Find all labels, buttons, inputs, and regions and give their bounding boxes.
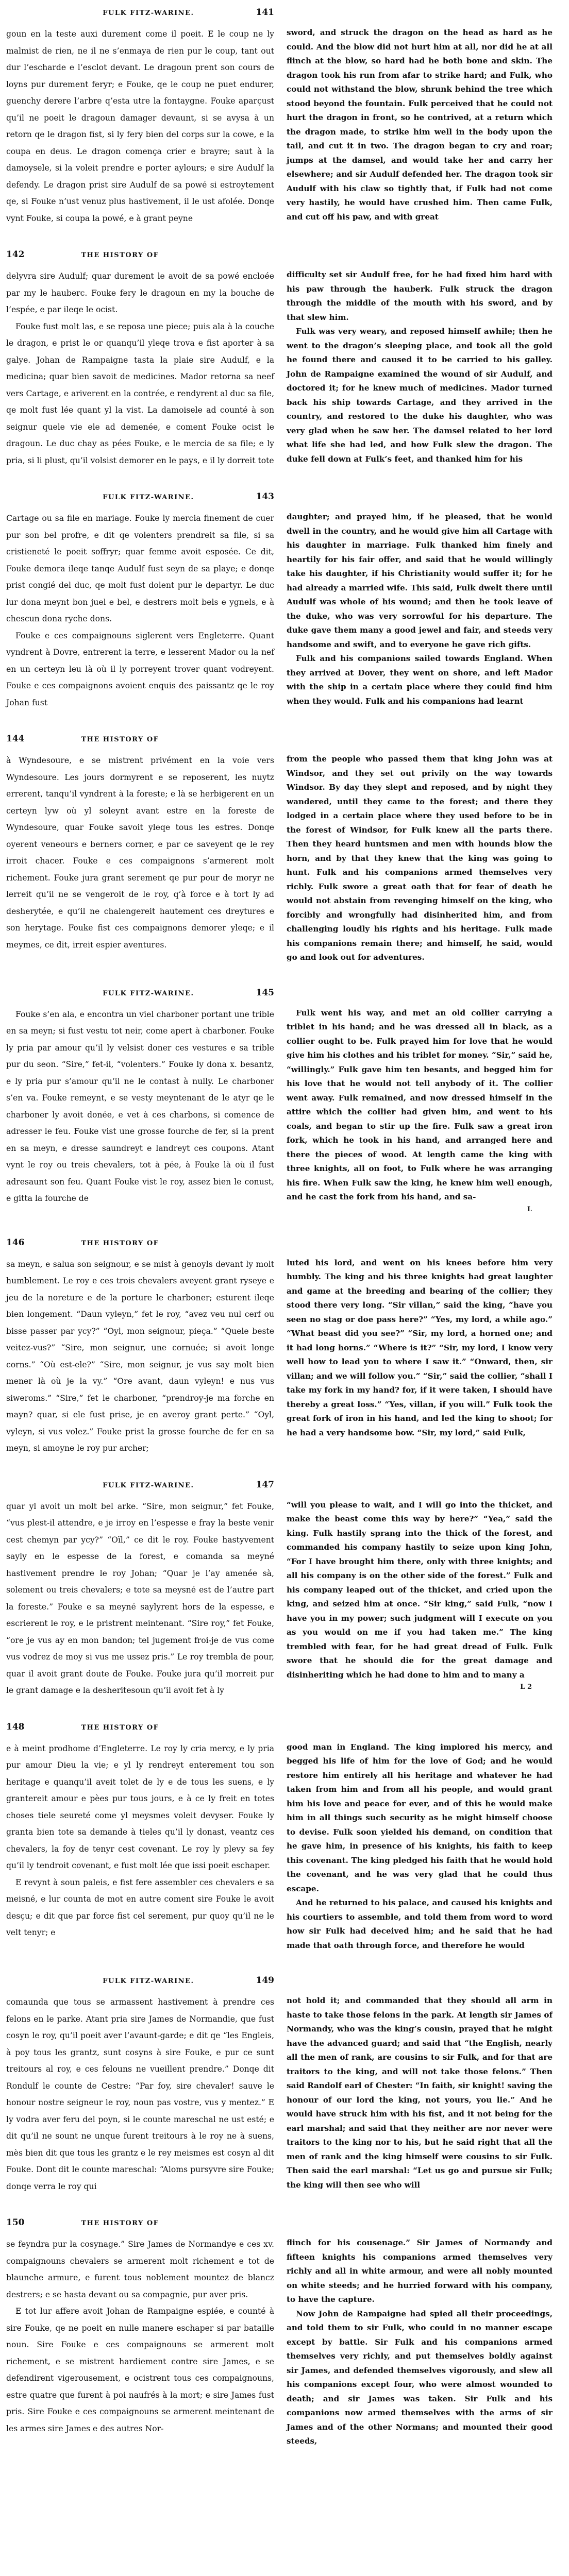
french-paragraph: Fouke e ces compaignouns siglerent vers … bbox=[6, 628, 274, 711]
running-head: FULK FITZ-WARINE. 149 bbox=[6, 1968, 274, 1994]
french-paragraph: goun en la teste auxi durement come il p… bbox=[6, 26, 274, 227]
signature-mark: L 2 bbox=[287, 1682, 553, 1692]
french-paragraph: à Wyndesoure, e se mistrent privément en… bbox=[6, 752, 274, 953]
page-gap bbox=[0, 2449, 569, 2464]
english-column: luted his lord, and went on his knees be… bbox=[274, 1230, 553, 1440]
french-paragraph: E revynt à soun paleis, e fist fere asse… bbox=[6, 1874, 274, 1941]
signature-mark: L bbox=[287, 1205, 553, 1215]
french-column: 150 THE HISTORY OF se feyndra pur la cos… bbox=[0, 2210, 274, 2437]
french-paragraph: se feyndra pur la cosynage.” Sire James … bbox=[6, 2236, 274, 2303]
page-gap bbox=[0, 1215, 569, 1230]
english-paragraph: daughter; and prayed him, if he pleased,… bbox=[287, 510, 553, 652]
running-head: 150 THE HISTORY OF bbox=[6, 2210, 274, 2236]
french-paragraph: e à meint prodhome d’Engleterre. Le roy … bbox=[6, 1740, 274, 1874]
running-head: FULK FITZ-WARINE. 143 bbox=[6, 484, 274, 510]
page-149: FULK FITZ-WARINE. 149 comaunda que tous … bbox=[0, 1968, 569, 2195]
english-paragraph: good man in England. The king implored h… bbox=[287, 1740, 553, 1896]
french-paragraph: Fouke fust molt las, e se reposa une pie… bbox=[6, 318, 274, 469]
english-paragraph: difficulty set sir Audulf free, for he h… bbox=[287, 268, 553, 325]
english-column: flinch for his cousenage.” Sir James of … bbox=[274, 2210, 553, 2449]
english-column: “will you please to wait, and I will go … bbox=[274, 1472, 553, 1693]
english-column: from the people who passed them that kin… bbox=[274, 726, 553, 965]
english-paragraph: Fulk went his way, and met an old collie… bbox=[287, 1006, 553, 1205]
page-number: 146 bbox=[6, 1238, 25, 1248]
page-gap bbox=[0, 1953, 569, 1968]
running-head-title: THE HISTORY OF bbox=[81, 736, 159, 743]
page-142: 142 THE HISTORY OF delyvra sire Audulf; … bbox=[0, 242, 569, 469]
running-head-title: FULK FITZ-WARINE. bbox=[103, 494, 194, 501]
english-column: good man in England. The king implored h… bbox=[274, 1715, 553, 1953]
running-head-title: FULK FITZ-WARINE. bbox=[103, 1977, 194, 1985]
french-column: FULK FITZ-WARINE. 145 Fouke s’en ala, e … bbox=[0, 980, 274, 1207]
french-column: FULK FITZ-WARINE. 141 goun en la teste a… bbox=[0, 0, 274, 227]
french-column: 144 THE HISTORY OF à Wyndesoure, e se mi… bbox=[0, 726, 274, 953]
english-paragraph: not hold it; and commanded that they sho… bbox=[287, 1994, 553, 2192]
french-column: FULK FITZ-WARINE. 149 comaunda que tous … bbox=[0, 1968, 274, 2195]
running-head: FULK FITZ-WARINE. 141 bbox=[6, 0, 274, 26]
french-column: 148 THE HISTORY OF e à meint prodhome d’… bbox=[0, 1715, 274, 1941]
page-147: FULK FITZ-WARINE. 147 quar yl avoit un m… bbox=[0, 1472, 569, 1699]
page-150: 150 THE HISTORY OF se feyndra pur la cos… bbox=[0, 2210, 569, 2449]
english-paragraph: “will you please to wait, and I will go … bbox=[287, 1498, 553, 1683]
page-number: 143 bbox=[256, 492, 275, 502]
page-gap bbox=[0, 1457, 569, 1472]
english-column: Fulk went his way, and met an old collie… bbox=[274, 980, 553, 1215]
french-paragraph: delyvra sire Audulf; quar durement le av… bbox=[6, 268, 274, 318]
page-gap bbox=[0, 1699, 569, 1715]
parallel-text-document: FULK FITZ-WARINE. 141 goun en la teste a… bbox=[0, 0, 569, 2464]
running-head: 142 THE HISTORY OF bbox=[6, 242, 274, 268]
page-number: 142 bbox=[6, 249, 25, 260]
running-head-title: THE HISTORY OF bbox=[81, 1240, 159, 1247]
page-143: FULK FITZ-WARINE. 143 Cartage ou sa file… bbox=[0, 484, 569, 711]
french-column: FULK FITZ-WARINE. 147 quar yl avoit un m… bbox=[0, 1472, 274, 1699]
english-paragraph: Fulk and his companions sailed towards E… bbox=[287, 652, 553, 708]
page-141: FULK FITZ-WARINE. 141 goun en la teste a… bbox=[0, 0, 569, 227]
running-head-title: FULK FITZ-WARINE. bbox=[103, 1482, 194, 1489]
english-paragraph: Fulk was very weary, and reposed himself… bbox=[287, 325, 553, 466]
page-number: 150 bbox=[6, 2217, 25, 2228]
english-column: daughter; and prayed him, if he pleased,… bbox=[274, 484, 553, 708]
french-column: 146 THE HISTORY OF sa meyn, e salua son … bbox=[0, 1230, 274, 1457]
running-head: 144 THE HISTORY OF bbox=[6, 726, 274, 752]
english-paragraph: from the people who passed them that kin… bbox=[287, 752, 553, 965]
running-head-title: THE HISTORY OF bbox=[81, 251, 159, 259]
french-paragraph: comaunda que tous se armassent hastiveme… bbox=[6, 1994, 274, 2195]
running-head-title: FULK FITZ-WARINE. bbox=[103, 9, 194, 17]
french-column: FULK FITZ-WARINE. 143 Cartage ou sa file… bbox=[0, 484, 274, 711]
running-head: 148 THE HISTORY OF bbox=[6, 1715, 274, 1740]
english-paragraph: flinch for his cousenage.” Sir James of … bbox=[287, 2236, 553, 2307]
running-head: FULK FITZ-WARINE. 147 bbox=[6, 1472, 274, 1498]
english-column: not hold it; and commanded that they sho… bbox=[274, 1968, 553, 2192]
page-144: 144 THE HISTORY OF à Wyndesoure, e se mi… bbox=[0, 726, 569, 965]
french-paragraph: quar yl avoit un molt bel arke. “Sire, m… bbox=[6, 1498, 274, 1699]
english-column: difficulty set sir Audulf free, for he h… bbox=[274, 242, 553, 466]
page-number: 144 bbox=[6, 734, 25, 744]
running-head: FULK FITZ-WARINE. 145 bbox=[6, 980, 274, 1006]
running-head-title: THE HISTORY OF bbox=[81, 2219, 159, 2227]
english-paragraph: sword, and struck the dragon on the head… bbox=[287, 26, 553, 224]
page-number: 149 bbox=[256, 1975, 275, 1986]
page-number: 148 bbox=[6, 1722, 25, 1732]
page-number: 141 bbox=[256, 7, 275, 18]
page-146: 146 THE HISTORY OF sa meyn, e salua son … bbox=[0, 1230, 569, 1457]
english-column: sword, and struck the dragon on the head… bbox=[274, 0, 553, 224]
page-number: 145 bbox=[256, 988, 275, 998]
english-paragraph: And he returned to his palace, and cause… bbox=[287, 1896, 553, 1953]
page-145: FULK FITZ-WARINE. 145 Fouke s’en ala, e … bbox=[0, 980, 569, 1215]
page-gap bbox=[0, 965, 569, 980]
french-column: 142 THE HISTORY OF delyvra sire Audulf; … bbox=[0, 242, 274, 469]
french-paragraph: Cartage ou sa file en mariage. Fouke ly … bbox=[6, 510, 274, 628]
page-gap bbox=[0, 711, 569, 726]
french-paragraph: sa meyn, e salua son seignour, e se mist… bbox=[6, 1256, 274, 1457]
page-gap bbox=[0, 227, 569, 242]
page-gap bbox=[0, 2195, 569, 2210]
french-paragraph: E tot lur affere avoit Johan de Rampaign… bbox=[6, 2303, 274, 2437]
page-148: 148 THE HISTORY OF e à meint prodhome d’… bbox=[0, 1715, 569, 1953]
page-gap bbox=[0, 469, 569, 484]
english-paragraph: luted his lord, and went on his knees be… bbox=[287, 1256, 553, 1440]
page-number: 147 bbox=[256, 1480, 275, 1490]
running-head: 146 THE HISTORY OF bbox=[6, 1230, 274, 1256]
running-head-title: THE HISTORY OF bbox=[81, 1724, 159, 1732]
running-head-title: FULK FITZ-WARINE. bbox=[103, 990, 194, 997]
french-paragraph: Fouke s’en ala, e encontra un viel charb… bbox=[6, 1006, 274, 1207]
english-paragraph: Now John de Rampaigne had spied all thei… bbox=[287, 2307, 553, 2449]
